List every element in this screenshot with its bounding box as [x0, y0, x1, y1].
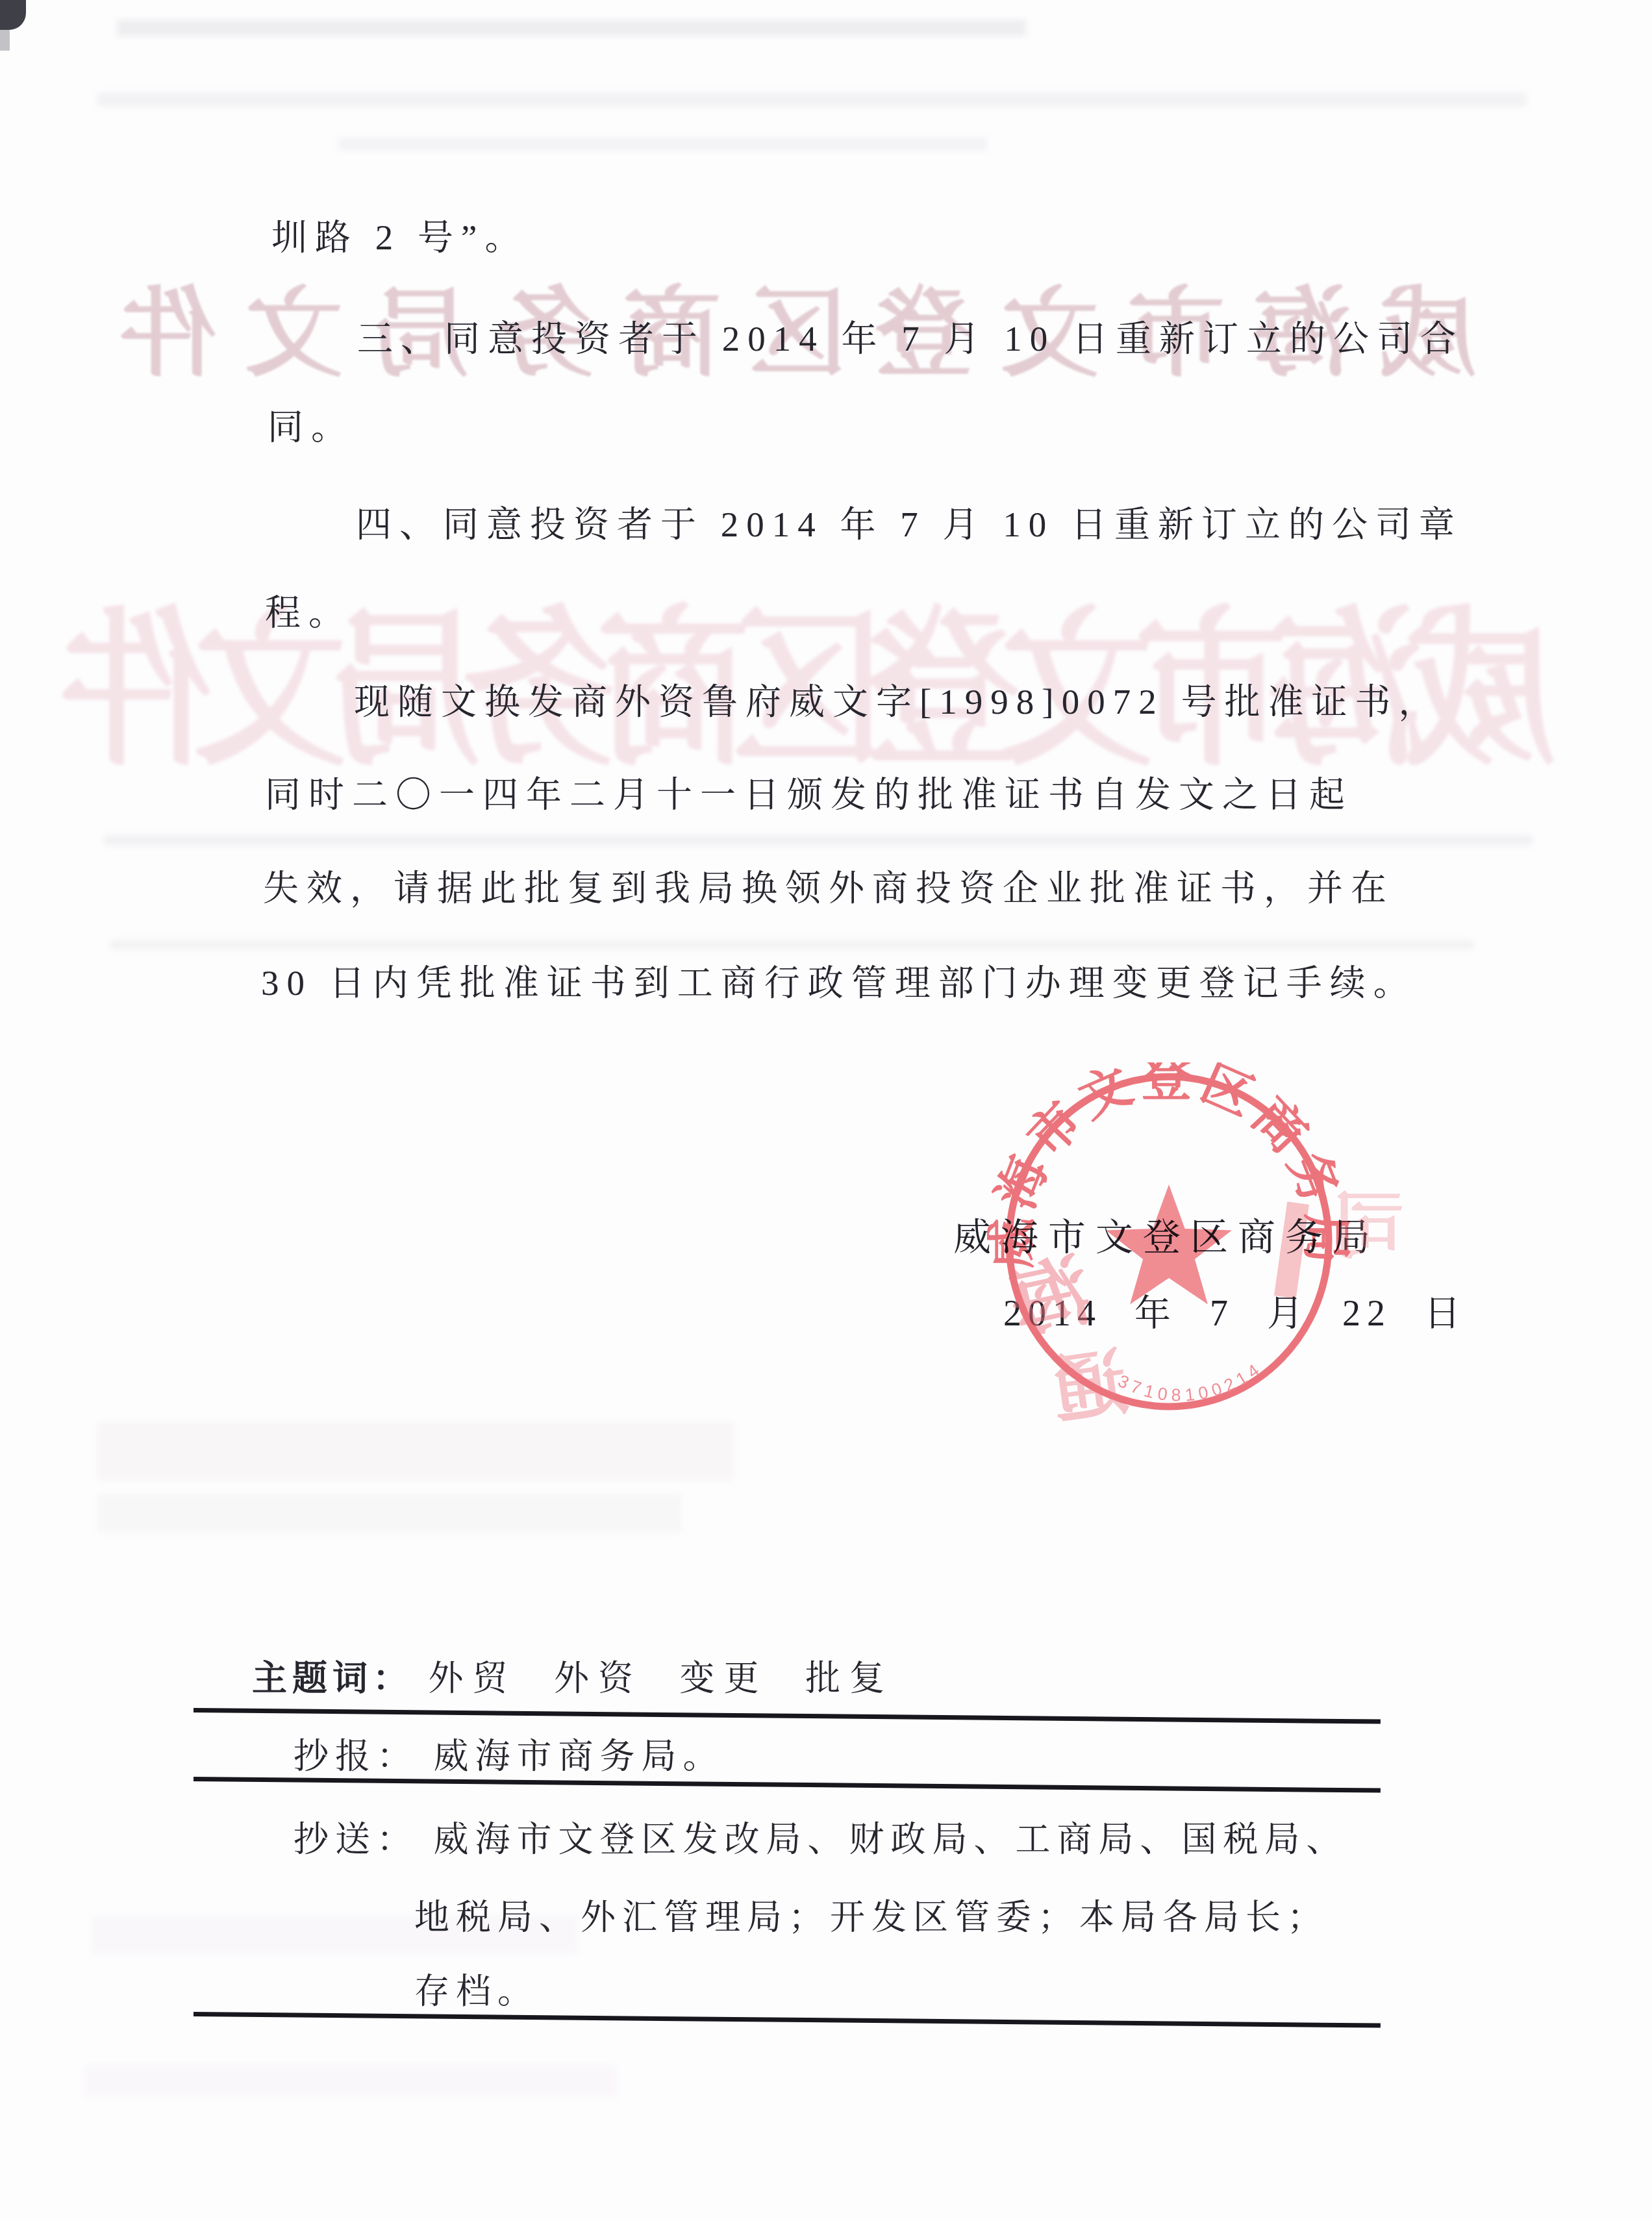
seal-star-icon	[1106, 1185, 1232, 1305]
footer-divider-1	[194, 1708, 1381, 1724]
copy-send-value-1: 威海市文登区发改局、财政局、工商局、国税局、	[434, 1820, 1348, 1859]
bleed-streak	[84, 2065, 617, 2098]
svg-text:37108100214: 37108100214	[1115, 1358, 1267, 1405]
seal-serial-number: 37108100214	[1115, 1358, 1267, 1405]
copy-send-row-2: 地税局、外汇管理局；开发区管委；本局各局长；	[414, 1890, 1329, 1940]
body-line-5: 程。	[265, 595, 352, 631]
subject-keywords-label: 主题词：	[252, 1659, 413, 1698]
copy-send-row-3: 存档。	[414, 1964, 539, 2014]
bleed-streak	[110, 940, 1474, 949]
scanned-official-document-page: 威海市文登区商务局文件 威海市文登区商务局文件 圳路 2 号”。 三、同意投资者…	[0, 0, 1652, 2219]
body-line-7: 同时二〇一四年二月十一日颁发的批准证书自发文之日起	[265, 777, 1353, 812]
body-line-2: 三、同意投资者于 2014 年 7 月 10 日重新订立的公司合	[357, 321, 1464, 357]
official-seal-stamp: 威海市文登区商务局 37108100214	[987, 1062, 1351, 1426]
scan-corner-smudge-2	[0, 30, 10, 51]
copy-report-row: 抄报： 威海市商务局。	[294, 1729, 725, 1779]
bleed-streak	[338, 138, 987, 151]
footer-divider-2	[194, 1777, 1381, 1793]
bleed-streak	[97, 1494, 682, 1533]
bleed-streak	[104, 835, 1533, 846]
copy-send-label: 抄送：	[294, 1820, 418, 1859]
bleed-streak	[97, 92, 1526, 107]
copy-send-row-1: 抄送： 威海市文登区发改局、财政局、工商局、国税局、	[294, 1812, 1348, 1862]
subject-keywords-row: 主题词： 外贸 外资 变更 批复	[252, 1651, 894, 1701]
body-line-4: 四、同意投资者于 2014 年 7 月 10 日重新订立的公司章	[356, 507, 1462, 542]
footer-divider-3	[194, 2012, 1381, 2028]
bleed-streak	[117, 19, 1026, 36]
scan-corner-smudge	[0, 0, 26, 30]
copy-report-label: 抄报：	[294, 1737, 418, 1776]
body-line-1: 圳路 2 号”。	[271, 219, 528, 255]
subject-keywords-terms: 外贸 外资 变更 批复	[429, 1659, 894, 1698]
body-line-8: 失效，请据此批复到我局换领外商投资企业批准证书，并在	[263, 870, 1394, 906]
body-line-9: 30 日内凭批准证书到工商行政管理部门办理变更登记手续。	[261, 965, 1417, 1001]
body-line-6: 现随文换发商外资鲁府威文字[1998]0072 号批准证书，	[354, 684, 1442, 720]
mirrored-letterhead-bleed-lower: 威海市文登区商务局文件	[78, 553, 1557, 798]
bleed-streak	[97, 1422, 734, 1481]
body-line-3: 同。	[268, 409, 355, 445]
copy-report-value: 威海市商务局。	[434, 1737, 725, 1776]
